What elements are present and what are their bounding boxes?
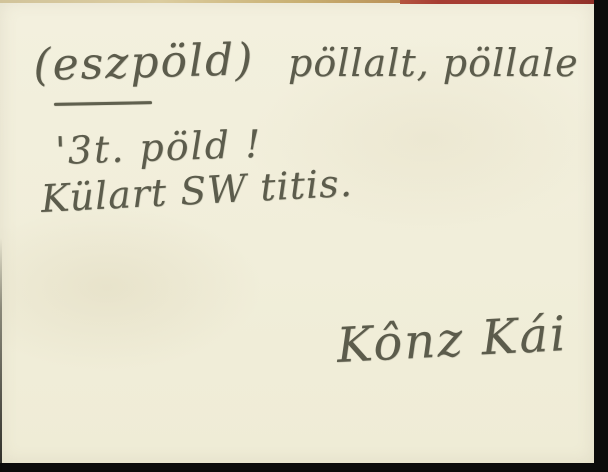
red-top-edge-strip bbox=[400, 0, 594, 4]
handwriting-signature: Kônz Kái bbox=[335, 310, 568, 370]
tan-top-edge-strip bbox=[0, 0, 402, 3]
handwriting-line2: '3t. pöld ! bbox=[55, 125, 263, 170]
handwriting-line1-parenthetical: (eszpöld) bbox=[33, 38, 255, 88]
scanned-note-card: (eszpöld) pöllalt, pöllale '3t. pöld ! K… bbox=[0, 0, 608, 472]
left-edge-shadow bbox=[0, 238, 2, 472]
handwriting-line1-words: pöllalt, pöllale bbox=[288, 44, 579, 82]
